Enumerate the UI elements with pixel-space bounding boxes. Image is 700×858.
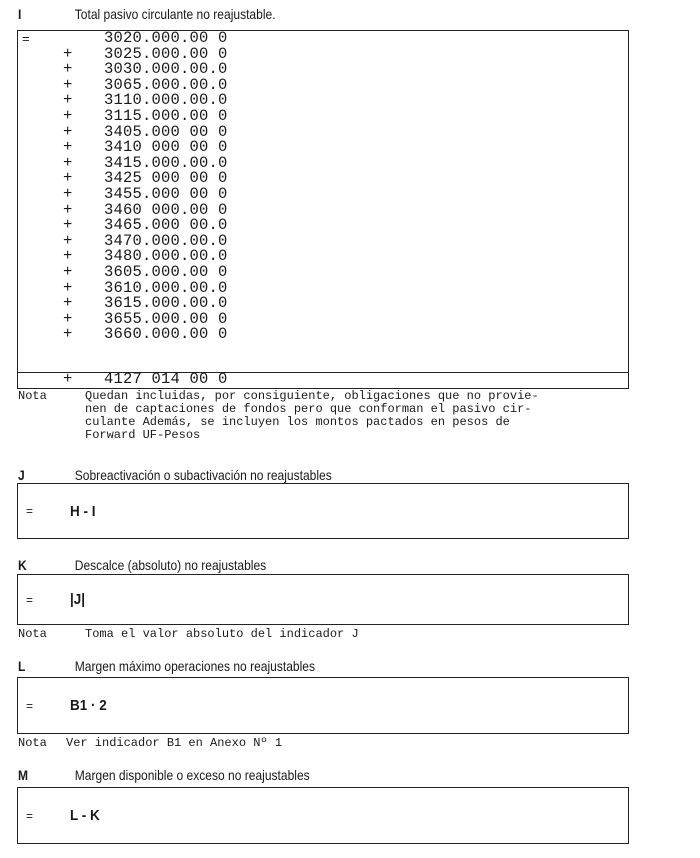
note-label: Nota xyxy=(18,737,47,750)
note-text: Toma el valor absoluto del indicador J xyxy=(85,628,645,641)
section-j-header: JSobreactivación o subactivación no reaj… xyxy=(18,467,332,483)
formula-expression: |J| xyxy=(70,591,85,608)
formula-row: = H - I xyxy=(18,484,628,538)
section-title: Margen máximo operaciones no reajustable… xyxy=(75,658,315,674)
section-m-header: MMargen disponible o exceso no reajustab… xyxy=(18,767,310,783)
section-letter: M xyxy=(18,767,75,783)
formula-expression: B1 · 2 xyxy=(70,697,107,714)
account-row: +3660.000.00 0 xyxy=(18,327,628,343)
section-k-note: Nota Toma el valor absoluto del indicado… xyxy=(18,628,648,642)
section-l-formula-box: = B1 · 2 xyxy=(17,677,629,734)
section-i-header: ITotal pasivo circulante no reajustable. xyxy=(18,6,276,22)
account-list-box: = 3020.000.00 0 +3025.000.00 0 +3030.000… xyxy=(17,30,629,373)
account-row: + 4127 014 00 0 xyxy=(18,372,628,388)
note-label: Nota xyxy=(18,628,47,641)
section-title: Sobreactivación o subactivación no reaju… xyxy=(75,467,332,483)
section-i-note: Nota Quedan incluidas, por consiguiente,… xyxy=(18,390,648,446)
equals-operator: = xyxy=(26,699,70,713)
equals-operator: = xyxy=(26,809,70,823)
section-letter: K xyxy=(18,557,75,573)
note-text: Ver indicador B1 en Anexo Nº 1 xyxy=(66,737,626,750)
formula-row: = L - K xyxy=(18,788,628,843)
section-letter: J xyxy=(18,467,75,483)
note-label: Nota xyxy=(18,390,47,403)
equals-operator: = xyxy=(26,504,70,518)
account-last-row-box: + 4127 014 00 0 xyxy=(17,372,629,389)
section-letter: I xyxy=(18,6,75,22)
section-l-note: Nota Ver indicador B1 en Anexo Nº 1 xyxy=(18,737,648,751)
formula-row: = B1 · 2 xyxy=(18,678,628,733)
section-l-header: LMargen máximo operaciones no reajustabl… xyxy=(18,658,315,674)
section-k-formula-box: = |J| xyxy=(17,574,629,625)
section-title: Descalce (absoluto) no reajustables xyxy=(75,557,266,573)
formula-row: = |J| xyxy=(18,575,628,624)
account-list: = 3020.000.00 0 +3025.000.00 0 +3030.000… xyxy=(18,31,628,343)
account-code: 3660.000.00 0 xyxy=(104,327,228,343)
formula-expression: L - K xyxy=(70,807,100,824)
section-title: Margen disponible o exceso no reajustabl… xyxy=(75,767,310,783)
section-title: Total pasivo circulante no reajustable. xyxy=(75,6,276,22)
note-text: Quedan incluidas, por consiguiente, obli… xyxy=(85,390,645,442)
section-j-formula-box: = H - I xyxy=(17,483,629,539)
section-m-formula-box: = L - K xyxy=(17,787,629,844)
equals-operator: = xyxy=(22,31,82,47)
section-k-header: KDescalce (absoluto) no reajustables xyxy=(18,557,266,573)
account-code: 4127 014 00 0 xyxy=(104,372,228,388)
equals-operator: = xyxy=(26,593,70,607)
section-letter: L xyxy=(18,658,75,674)
formula-expression: H - I xyxy=(70,503,96,520)
